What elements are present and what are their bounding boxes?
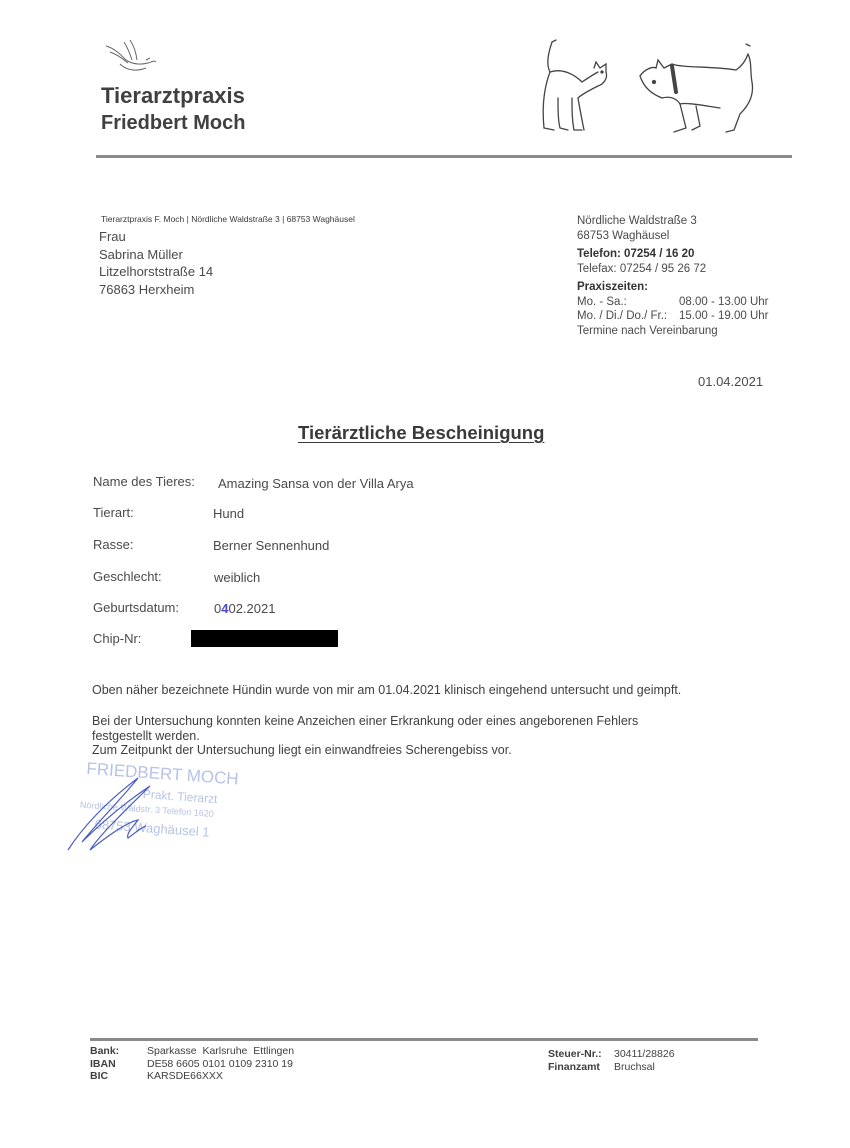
document-title: Tierärztliche Bescheinigung <box>298 422 544 444</box>
signature-icon <box>68 778 150 850</box>
field-label-species: Tierart: <box>93 505 134 520</box>
recipient-street: Litzelhorststraße 14 <box>99 263 213 281</box>
recipient-address: Frau Sabrina Müller Litzelhorststraße 14… <box>99 228 213 298</box>
stamp-line-2: Prakt. Tierarzt <box>142 787 218 806</box>
field-value-sex: weiblich <box>214 570 260 585</box>
sender-return-address: Tierarztpraxis F. Moch | Nördliche Walds… <box>101 214 355 224</box>
body-paragraph-2-line-1: Bei der Untersuchung konnten keine Anzei… <box>92 714 638 729</box>
field-value-birthdate: 0402.2021 <box>214 601 275 616</box>
document-date: 01.04.2021 <box>698 374 763 389</box>
bic-value: KARSDE66XXX <box>147 1070 223 1083</box>
field-value-species: Hund <box>213 506 244 521</box>
chip-number-redaction <box>191 630 338 647</box>
field-label-birthdate: Geburtsdatum: <box>93 600 179 615</box>
appointment-note: Termine nach Vereinbarung <box>577 324 769 339</box>
tax-number-label: Steuer-Nr.: <box>548 1048 614 1061</box>
cat-and-dog-illustration <box>536 38 768 136</box>
practice-street: Nördliche Waldstraße 3 <box>577 214 769 229</box>
practice-name: Friedbert Moch <box>101 110 245 136</box>
practice-contact-info: Nördliche Waldstraße 3 68753 Waghäusel T… <box>577 214 769 338</box>
field-label-sex: Geschlecht: <box>93 569 162 584</box>
stamp-line-4: 68753 Waghäusel 1 <box>94 817 210 840</box>
tax-office-label: Finanzamt <box>548 1061 614 1074</box>
stamp-line-1: FRIEDBERT MOCH <box>86 759 239 789</box>
bank-details: Bank:Sparkasse Karlsruhe Ettlingen IBAND… <box>90 1045 294 1083</box>
header-divider <box>96 155 792 158</box>
tax-office-value: Bruchsal <box>614 1061 655 1074</box>
bank-label: Bank: <box>90 1045 147 1058</box>
hours-days: Mo. / Di./ Do./ Fr.: <box>577 309 679 324</box>
field-value-name: Amazing Sansa von der Villa Arya <box>218 476 414 491</box>
recipient-name: Sabrina Müller <box>99 246 213 264</box>
footer-divider <box>90 1038 758 1041</box>
bic-label: BIC <box>90 1070 147 1083</box>
iban-value: DE58 6605 0101 0109 2310 19 <box>147 1058 293 1071</box>
tax-details: Steuer-Nr.:30411/28826 FinanzamtBruchsal <box>548 1048 675 1073</box>
recipient-salutation: Frau <box>99 228 213 246</box>
hours-title: Praxiszeiten: <box>577 280 769 295</box>
hours-row: Mo. / Di./ Do./ Fr.: 15.00 - 19.00 Uhr <box>577 309 769 324</box>
practice-phone: Telefon: 07254 / 16 20 <box>577 247 769 262</box>
practice-fax: Telefax: 07254 / 95 26 72 <box>577 262 769 277</box>
hours-row: Mo. - Sa.: 08.00 - 13.00 Uhr <box>577 295 769 310</box>
field-label-name: Name des Tieres: <box>93 474 195 489</box>
body-paragraph-3: Zum Zeitpunkt der Untersuchung liegt ein… <box>92 743 638 758</box>
practice-title: Tierarztpraxis <box>101 82 245 109</box>
body-paragraph-2: Bei der Untersuchung konnten keine Anzei… <box>92 714 638 758</box>
stamp-and-signature: FRIEDBERT MOCH Prakt. Tierarzt Nördliche… <box>62 758 282 858</box>
tax-number-value: 30411/28826 <box>614 1048 675 1061</box>
field-label-chip: Chip-Nr: <box>93 631 141 646</box>
field-label-breed: Rasse: <box>93 537 133 552</box>
hours-time: 15.00 - 19.00 Uhr <box>679 309 769 324</box>
recipient-city: 76863 Herxheim <box>99 281 213 299</box>
body-paragraph-1: Oben näher bezeichnete Hündin wurde von … <box>92 683 681 698</box>
bank-value: Sparkasse Karlsruhe Ettlingen <box>147 1045 294 1058</box>
iban-label: IBAN <box>90 1058 147 1071</box>
practice-city: 68753 Waghäusel <box>577 229 769 244</box>
bird-icon <box>102 38 158 76</box>
field-value-breed: Berner Sennenhund <box>213 538 329 553</box>
hours-days: Mo. - Sa.: <box>577 295 679 310</box>
hours-time: 08.00 - 13.00 Uhr <box>679 295 769 310</box>
birthdate-suffix: 02.2021 <box>228 601 275 616</box>
body-paragraph-2-line-2: festgestellt werden. <box>92 729 638 744</box>
